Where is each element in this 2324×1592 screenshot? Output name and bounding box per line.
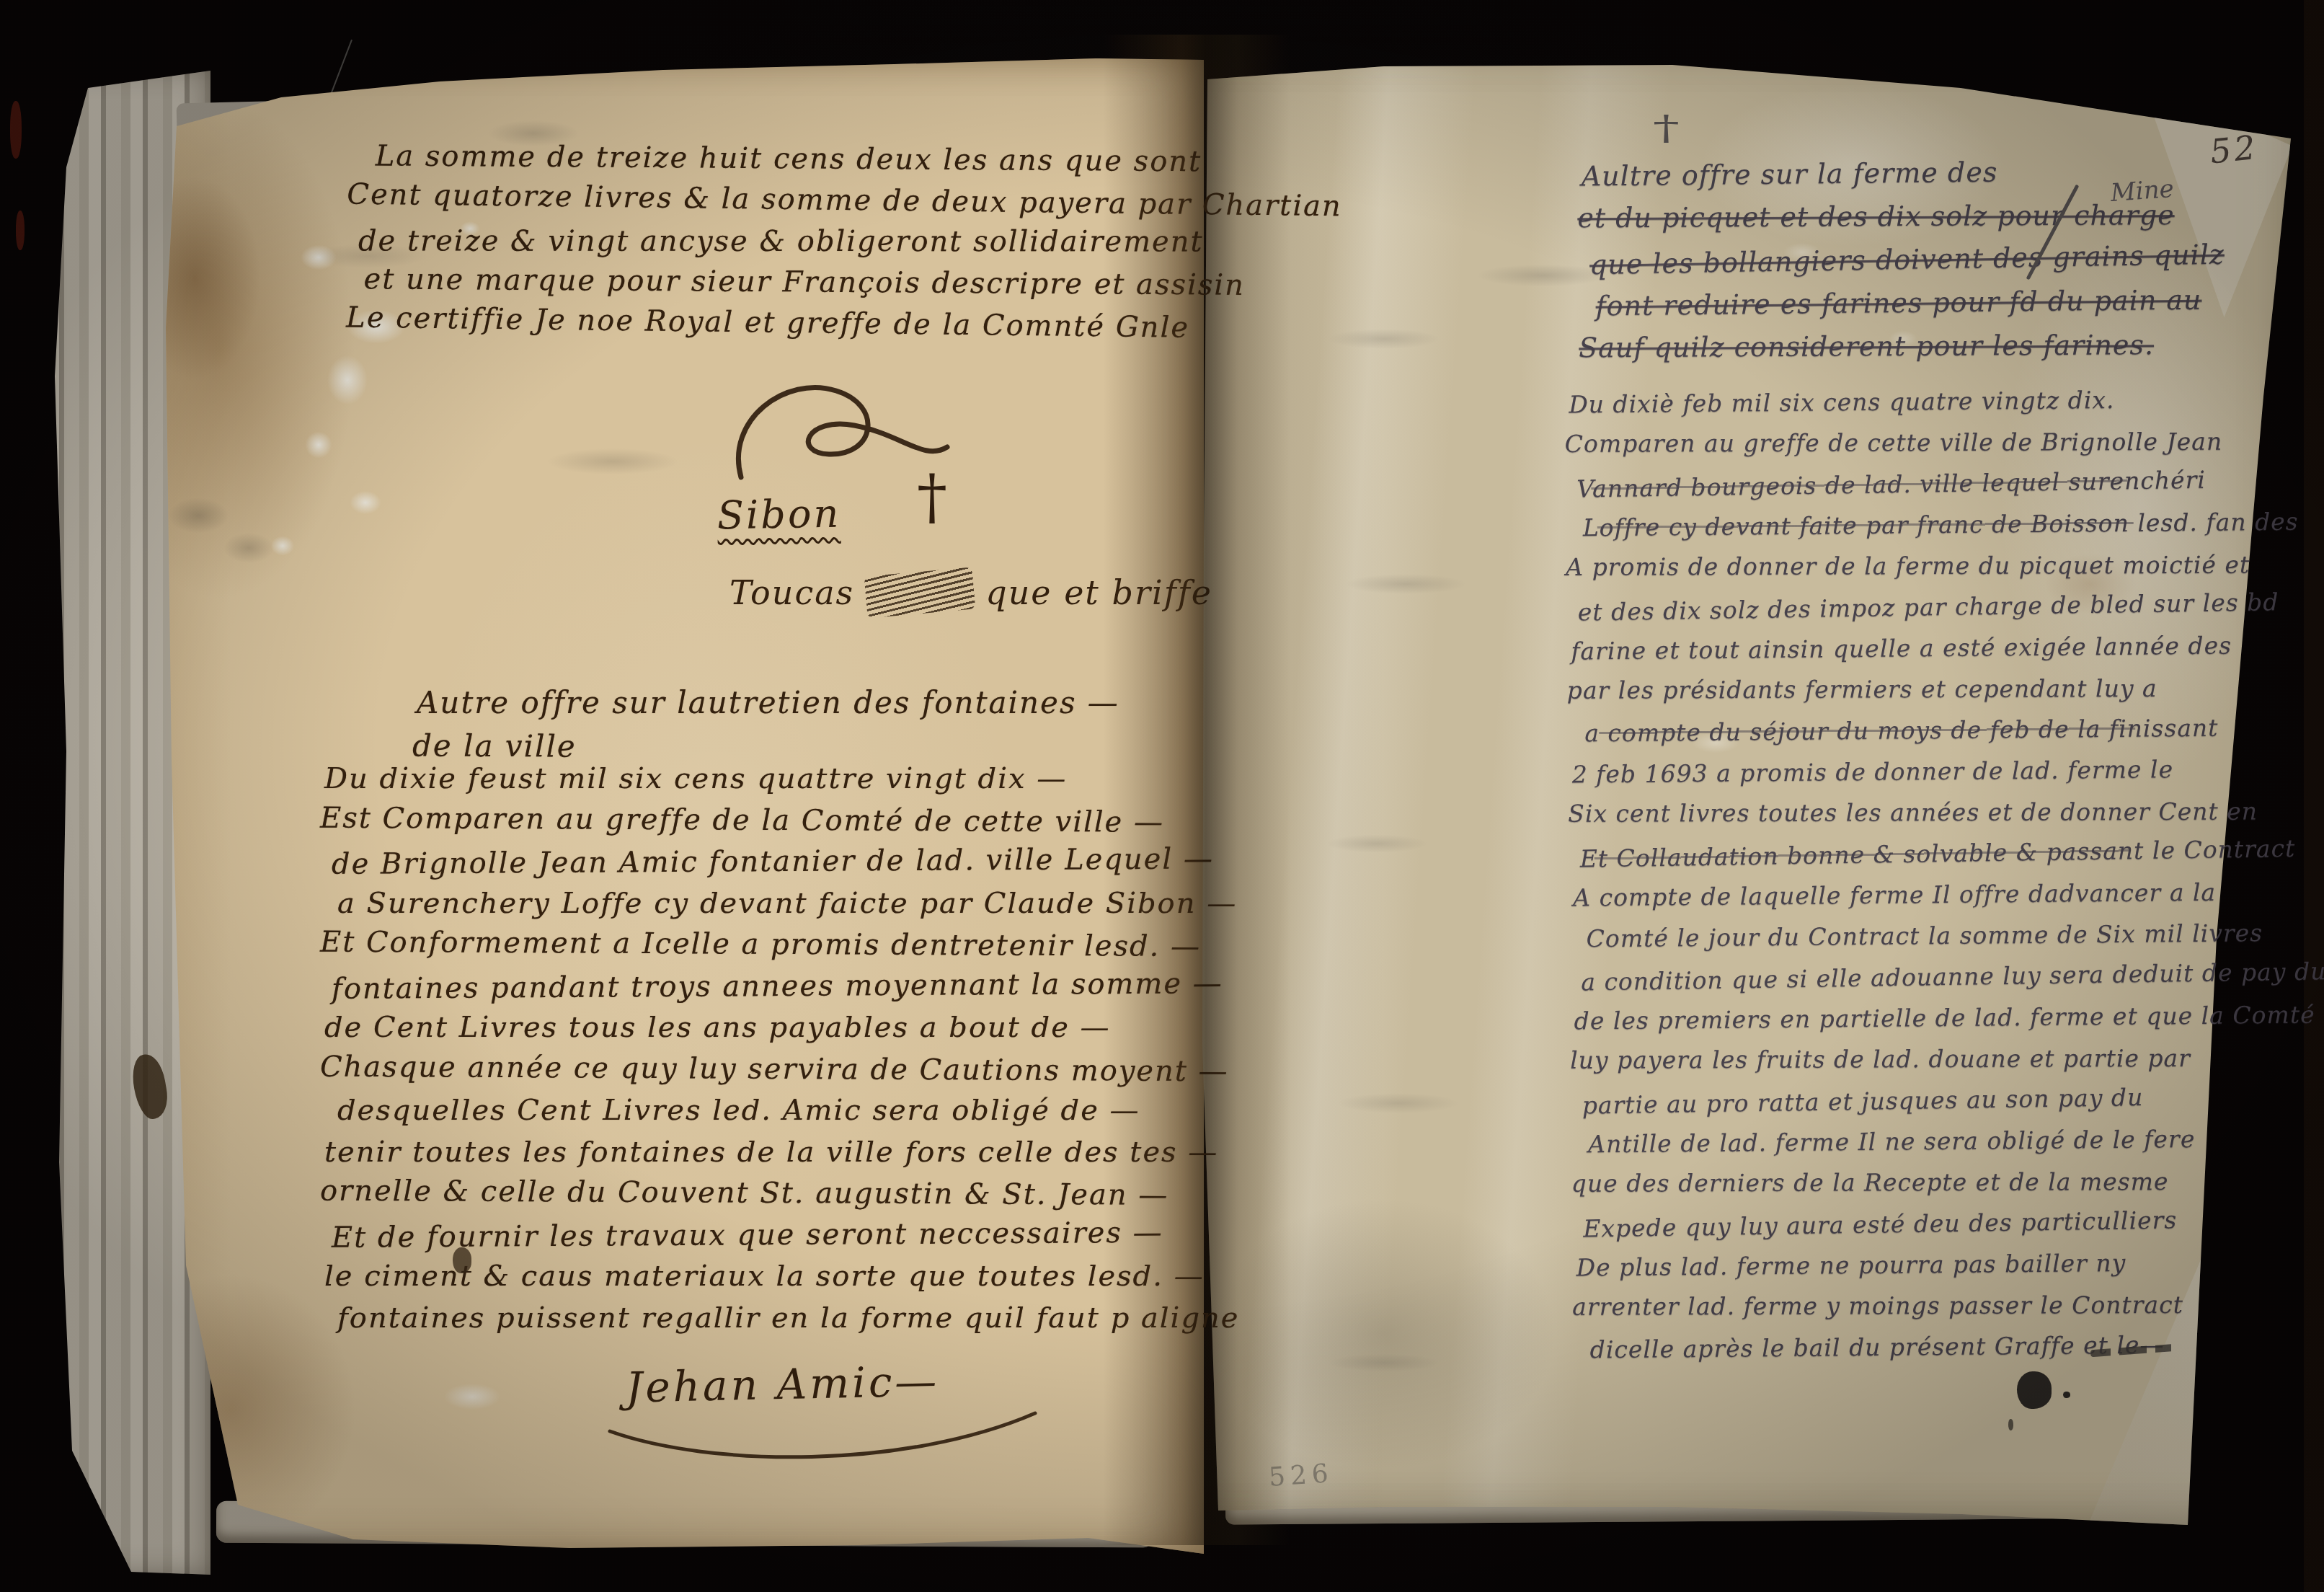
right-body-paragraph: Du dixiè feb mil six cens quatre vingtz … bbox=[1569, 378, 2323, 1371]
manuscript-line: arrenter lad. ferme y moings passer le C… bbox=[1572, 1283, 2318, 1327]
cross-mark: † bbox=[917, 461, 947, 532]
binding-mark bbox=[10, 101, 22, 159]
manuscript-photo: La somme de treize huit cens deux les an… bbox=[0, 0, 2324, 1592]
manuscript-line: fontaines pandant troys annees moyennant… bbox=[332, 963, 1241, 1010]
manuscript-line: 2 feb 1693 a promis de donner de lad. fe… bbox=[1572, 747, 2318, 795]
manuscript-line: Chasque année ce quy luy servira de Caut… bbox=[320, 1046, 1229, 1092]
manuscript-line-struck: Sauf quilz considerent pour les farines. bbox=[1579, 323, 2214, 370]
margin-word: Mine bbox=[2110, 174, 2175, 208]
manuscript-line: par les présidants fermiers et cependant… bbox=[1567, 667, 2312, 711]
manuscript-line: luy payera les fruits de lad. douane et … bbox=[1570, 1037, 2315, 1081]
manuscript-line: Comparen au greffe de cette ville de Bri… bbox=[1565, 420, 2310, 464]
manuscript-line: Et Conformement a Icelle a promis dentre… bbox=[320, 922, 1229, 968]
manuscript-line: Antille de lad. ferme Il ne sera obligé … bbox=[1588, 1117, 2324, 1164]
left-offer-heading: Autre offre sur lautretien des fontaines… bbox=[417, 681, 1119, 770]
manuscript-line: ornelle & celle du Couvent St. augustin … bbox=[320, 1171, 1229, 1217]
margin-name-sibon: Sibon bbox=[717, 491, 841, 539]
ink-blot bbox=[2017, 1371, 2052, 1409]
ink-blot bbox=[2063, 1392, 2070, 1398]
manuscript-word: que et briffe bbox=[985, 573, 1212, 612]
manuscript-line: Du dixie feust mil six cens quattre ving… bbox=[324, 759, 1233, 800]
manuscript-line: dicelle après le bail du présent Graffe … bbox=[1589, 1322, 2324, 1370]
manuscript-line: desquelles Cent Livres led. Amic sera ob… bbox=[337, 1090, 1246, 1132]
left-intro-paragraph: La somme de treize huit cens deux les an… bbox=[350, 136, 1347, 348]
manuscript-line-struck: font reduire es farines pour fd du pain … bbox=[1595, 278, 2231, 327]
manuscript-word: Toucas bbox=[729, 573, 854, 612]
manuscript-line: tenir toutes les fontaines de la ville f… bbox=[324, 1132, 1233, 1174]
manuscript-line: Loffre cy devant faite par franc de Bois… bbox=[1583, 500, 2324, 548]
binding-mark bbox=[16, 211, 25, 250]
manuscript-line: de Brignolle Jean Amic fontanier de lad.… bbox=[332, 839, 1241, 885]
manuscript-line: Six cent livres toutes les années et de … bbox=[1568, 790, 2313, 834]
ink-blot bbox=[453, 1247, 471, 1273]
manuscript-line: A promis de donner de la ferme du picque… bbox=[1566, 544, 2311, 588]
manuscript-line: Autre offre sur lautretien des fontaines… bbox=[417, 681, 1119, 725]
ink-blot bbox=[2008, 1419, 2013, 1430]
manuscript-line: que des derniers de la Recepte et de la … bbox=[1571, 1160, 2317, 1204]
penciled-archive-number: 526 bbox=[1268, 1459, 1334, 1492]
manuscript-line: de treize & vingt ancyse & obligeront so… bbox=[358, 221, 1353, 262]
signature-flourish bbox=[603, 1392, 1050, 1471]
cross-mark: † bbox=[1653, 108, 1680, 147]
manuscript-line: a Surenchery Loffe cy devant faicte par … bbox=[337, 883, 1246, 925]
manuscript-line: a compte du séjour du moys de feb de la … bbox=[1584, 706, 2324, 753]
manuscript-line: Est Comparen au greffe de la Comté de ce… bbox=[320, 797, 1229, 844]
crossed-out-scribble bbox=[864, 567, 975, 619]
manuscript-line: Du dixiè feb mil six cens quatre vingtz … bbox=[1569, 378, 2315, 425]
manuscript-line: de Cent Livres tous les ans payables a b… bbox=[324, 1007, 1233, 1049]
margin-name-toucas: Toucas que et briffe bbox=[729, 572, 1212, 614]
manuscript-line: fontaines puissent regallir en la forme … bbox=[337, 1298, 1246, 1340]
